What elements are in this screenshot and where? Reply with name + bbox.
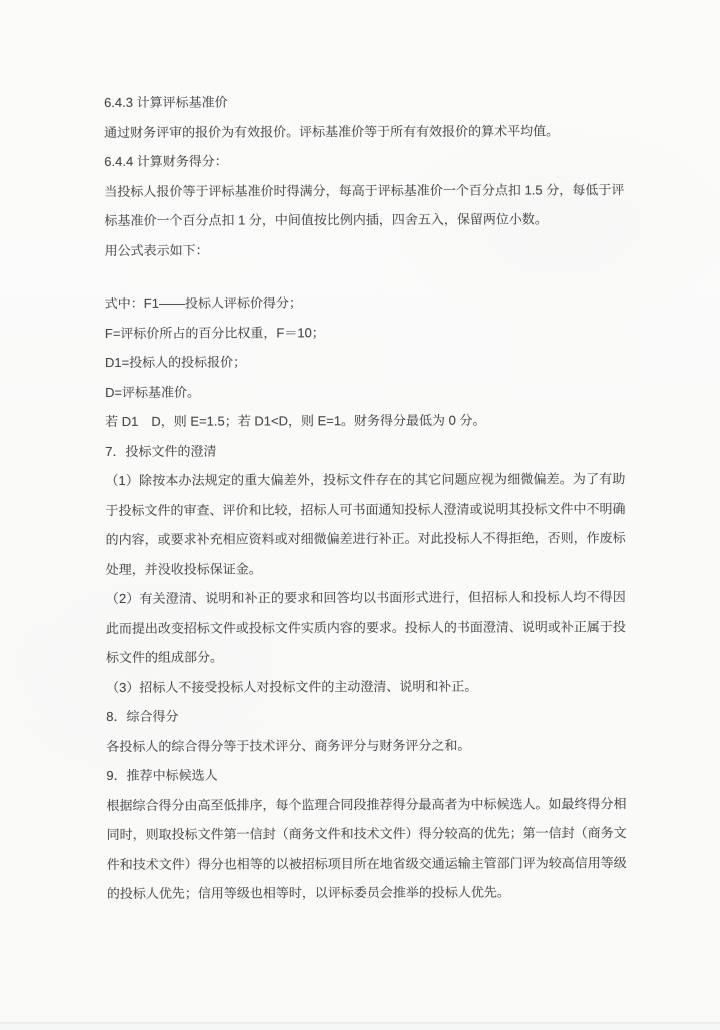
para-composite-score-definition: 各投标人的综合得分等于技术评分、商务评分与财务评分之和。: [106, 730, 626, 761]
para-formula-term-d1: D1=投标人的投标报价；: [105, 346, 625, 377]
para-recommend-candidates-rule: 根据综合得分由高至低排序，每个监理合同段推荐得分最高者为中标候选人。如最终得分相…: [106, 789, 626, 909]
para-financial-score-rule: 当投标人报价等于评标基准价时得满分，每高于评标基准价一个百分点扣 1.5 分，每…: [104, 175, 624, 236]
document-text-column: 6.4.3 计算评标基准价 通过财务评审的报价为有效报价。评标基准价等于所有有效…: [104, 86, 627, 908]
para-clarification-item-3: （3）招标人不接受投标人对投标文件的主动澄清、说明和补正。: [106, 671, 626, 702]
para-formula-term-f1: 式中：F1——投标人评标价得分；: [105, 287, 625, 318]
para-formula-term-f: F=评标价所占的百分比权重，F＝10；: [105, 317, 625, 348]
heading-7-clarification: 7．投标文件的澄清: [105, 435, 625, 466]
formula-blank-space: [105, 263, 625, 289]
para-clarification-item-2: （2）有关澄清、说明和补正的要求和回答均以书面形式进行，但招标人和投标人均不得因…: [106, 582, 626, 672]
heading-8-composite-score: 8．综合得分: [106, 700, 626, 731]
para-formula-intro: 用公式表示如下：: [105, 234, 625, 265]
heading-6-4-4-financial-score: 6.4.4 计算财务得分：: [104, 145, 624, 176]
para-benchmark-price-definition: 通过财务评审的报价为有效报价。评标基准价等于所有有效报价的算术平均值。: [104, 116, 624, 147]
heading-6-4-3-benchmark-price: 6.4.3 计算评标基准价: [104, 86, 624, 117]
para-formula-condition: 若 D1 D，则 E=1.5；若 D1<D，则 E=1。财务得分最低为 0 分。: [105, 405, 625, 436]
heading-9-recommend-candidates: 9．推荐中标候选人: [106, 759, 626, 790]
scanner-background-strip: [0, 1024, 720, 1030]
para-clarification-item-1: （1）除按本办法规定的重大偏差外，投标文件存在的其它问题应视为细微偏差。为了有助…: [105, 464, 625, 584]
para-formula-term-d: D=评标基准价。: [105, 376, 625, 407]
